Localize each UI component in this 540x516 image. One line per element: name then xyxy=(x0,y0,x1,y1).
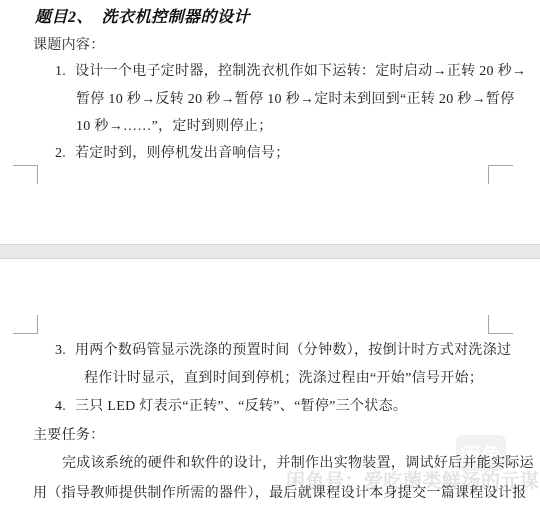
margin-corner-mark-bottom-left xyxy=(13,165,38,184)
list-item-3-line-2: 程作计时显示，直到时间到停机；洗涤过程由“开始”信号开始； xyxy=(84,371,483,387)
list-item-1-line-3: 10 秒→……”，定时到则停止； xyxy=(76,119,273,135)
margin-corner-mark-top-right xyxy=(488,315,513,334)
list-item-4-line-1: 4.三只 LED 灯表示“正转”、“反转”、“暂停”三个状态。 xyxy=(55,399,407,415)
list-item-3-text: 用两个数码管显示洗涤的预置时间（分钟数），按倒计时方式对洗涤过 xyxy=(75,343,511,358)
section-label-tasks: 主要任务： xyxy=(33,428,105,444)
list-number-3: 3. xyxy=(55,343,75,359)
section-label-content: 课题内容： xyxy=(33,38,105,54)
list-item-1-line-2: 暂停 10 秒→反转 20 秒→暂停 10 秒→定时未到回到“正转 20 秒→暂… xyxy=(76,92,515,108)
page-gap xyxy=(0,244,540,259)
list-item-1-text: 设计一个电子定时器，控制洗衣机作如下运转：定时启动→正转 20 秒→ xyxy=(75,64,526,79)
word-document-view: { "doc": { "title": "题目2、 洗衣机控制器的设计", "c… xyxy=(0,0,540,516)
list-item-1-line-1: 1.设计一个电子定时器，控制洗衣机作如下运转：定时启动→正转 20 秒→ xyxy=(55,64,526,80)
doc-title: 题目2、 洗衣机控制器的设计 xyxy=(35,4,250,27)
list-item-3-line-1: 3.用两个数码管显示洗涤的预置时间（分钟数），按倒计时方式对洗涤过 xyxy=(55,343,511,359)
margin-corner-mark-bottom-right xyxy=(488,165,513,184)
list-number-2: 2. xyxy=(55,146,75,162)
task-paragraph-line-1: 完成该系统的硬件和软件的设计，并制作出实物装置，调试好后并能实际运 xyxy=(62,456,534,472)
list-item-2-text: 若定时到，则停机发出音响信号； xyxy=(75,146,290,161)
list-number-4: 4. xyxy=(55,399,75,415)
list-item-2-line-1: 2.若定时到，则停机发出音响信号； xyxy=(55,146,290,162)
task-paragraph-line-2: 用（指导教师提供制作所需的器件），最后就课程设计本身提交一篇课程设计报 xyxy=(33,486,527,502)
list-number-1: 1. xyxy=(55,64,75,80)
list-item-4-text: 三只 LED 灯表示“正转”、“反转”、“暂停”三个状态。 xyxy=(75,399,407,414)
margin-corner-mark-top-left xyxy=(13,315,38,334)
